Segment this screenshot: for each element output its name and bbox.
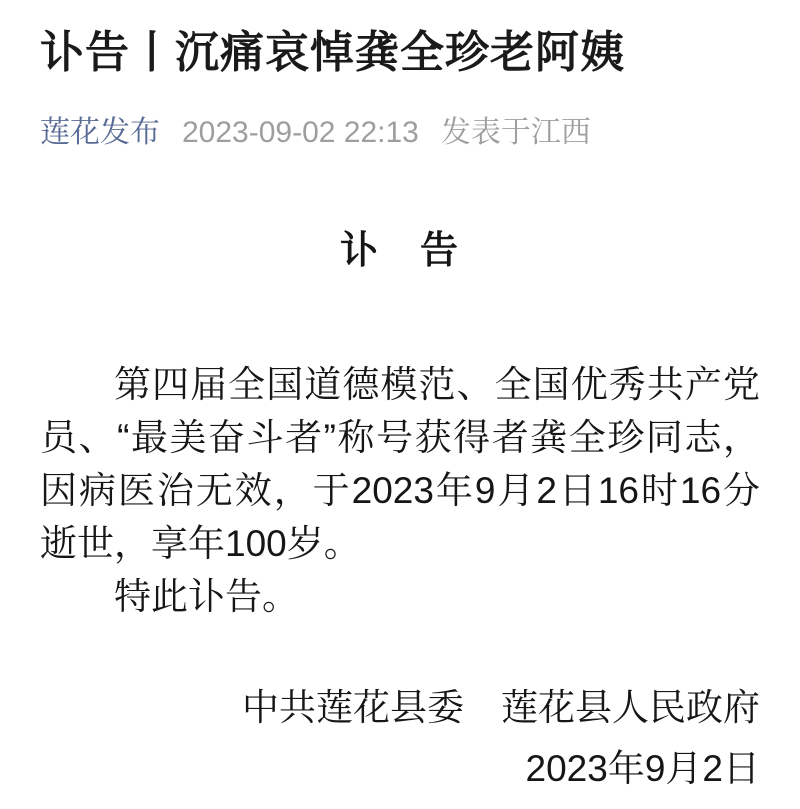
notice-closing-line: 特此讣告。 — [40, 570, 760, 623]
publish-time: 2023-09-02 22:13 — [182, 117, 419, 149]
article-title: 讣告丨沉痛哀悼龚全珍老阿姨 — [40, 24, 760, 81]
article-meta: 莲花发布 2023-09-02 22:13 发表于江西 — [40, 117, 760, 149]
article-body: 讣 告 第四届全国道德模范、全国优秀共产党员、“最美奋斗者”称号获得者龚全珍同志… — [40, 225, 760, 795]
notice-heading: 讣 告 — [40, 225, 760, 278]
notice-paragraph: 第四届全国道德模范、全国优秀共产党员、“最美奋斗者”称号获得者龚全珍同志，因病医… — [40, 358, 760, 570]
account-name-link[interactable]: 莲花发布 — [40, 117, 160, 149]
signature-issuers: 中共莲花县委 莲花县人民政府 — [40, 681, 760, 734]
publish-location: 发表于江西 — [441, 117, 591, 149]
signature-date: 2023年9月2日 — [40, 742, 760, 795]
article-page: 讣告丨沉痛哀悼龚全珍老阿姨 莲花发布 2023-09-02 22:13 发表于江… — [0, 0, 800, 809]
